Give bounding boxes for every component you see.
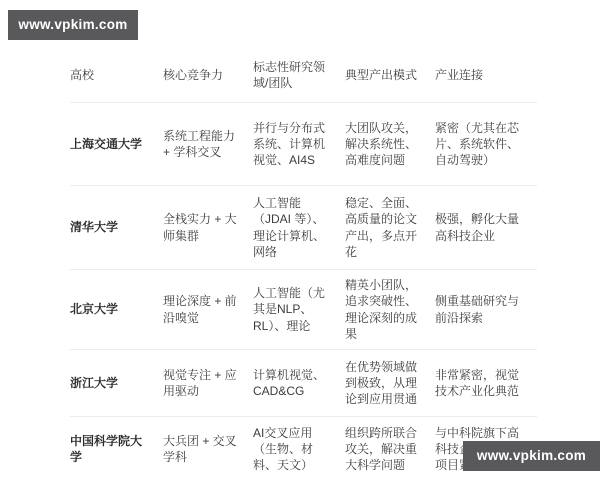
page: www.vpkim.com 高校 核心竞争力 标志性研究领域/团队 典型产出模式… (0, 0, 600, 480)
cell-research-fields: 计算机视觉、CAD&CG (253, 350, 345, 417)
cell-core-competitiveness: 视觉专注 + 应用驱动 (163, 350, 253, 417)
cell-output-mode: 大团队攻关，解决系统性、高难度问题 (345, 103, 435, 186)
table-row: 上海交通大学 系统工程能力 + 学科交叉 并行与分布式系统、计算机视觉、AI4S… (70, 103, 537, 186)
cell-university: 上海交通大学 (70, 103, 163, 186)
cell-research-fields: 人工智能（尤其是NLP、RL）、理论 (253, 270, 345, 350)
cell-industry-connection: 侧重基础研究与前沿探索 (435, 270, 537, 350)
cell-core-competitiveness: 全栈实力 + 大师集群 (163, 186, 253, 270)
cell-output-mode: 精英小团队，追求突破性、理论深刻的成果 (345, 270, 435, 350)
cell-industry-connection: 紧密（尤其在芯片、系统软件、自动驾驶） (435, 103, 537, 186)
cell-university: 北京大学 (70, 270, 163, 350)
cell-output-mode: 组织跨所联合攻关，解决重大科学问题 (345, 417, 435, 480)
watermark-top-left: www.vpkim.com (8, 10, 138, 40)
cell-core-competitiveness: 系统工程能力 + 学科交叉 (163, 103, 253, 186)
cell-core-competitiveness: 理论深度 + 前沿嗅觉 (163, 270, 253, 350)
cell-output-mode: 稳定、全面、高质量的论文产出，多点开花 (345, 186, 435, 270)
cell-core-competitiveness: 大兵团 + 交叉学科 (163, 417, 253, 480)
column-header-industry-connection: 产业连接 (435, 48, 537, 103)
cell-research-fields: 并行与分布式系统、计算机视觉、AI4S (253, 103, 345, 186)
university-comparison-table: 高校 核心竞争力 标志性研究领域/团队 典型产出模式 产业连接 上海交通大学 系… (70, 48, 537, 480)
cell-industry-connection: 极强，孵化大量高科技企业 (435, 186, 537, 270)
cell-university: 中国科学院大学 (70, 417, 163, 480)
column-header-core-competitiveness: 核心竞争力 (163, 48, 253, 103)
table-row: 清华大学 全栈实力 + 大师集群 人工智能（JDAI 等）、理论计算机、网络 稳… (70, 186, 537, 270)
table-row: 浙江大学 视觉专注 + 应用驱动 计算机视觉、CAD&CG 在优势领域做到极致，… (70, 350, 537, 417)
column-header-research-fields: 标志性研究领域/团队 (253, 48, 345, 103)
column-header-output-mode: 典型产出模式 (345, 48, 435, 103)
cell-output-mode: 在优势领域做到极致，从理论到应用贯通 (345, 350, 435, 417)
cell-research-fields: 人工智能（JDAI 等）、理论计算机、网络 (253, 186, 345, 270)
cell-industry-connection: 非常紧密，视觉技术产业化典范 (435, 350, 537, 417)
cell-university: 清华大学 (70, 186, 163, 270)
watermark-bottom-right: www.vpkim.com (463, 441, 600, 471)
cell-research-fields: AI交叉应用（生物、材料、天文） (253, 417, 345, 480)
cell-university: 浙江大学 (70, 350, 163, 417)
column-header-university: 高校 (70, 48, 163, 103)
table-header-row: 高校 核心竞争力 标志性研究领域/团队 典型产出模式 产业连接 (70, 48, 537, 103)
table-row: 北京大学 理论深度 + 前沿嗅觉 人工智能（尤其是NLP、RL）、理论 精英小团… (70, 270, 537, 350)
